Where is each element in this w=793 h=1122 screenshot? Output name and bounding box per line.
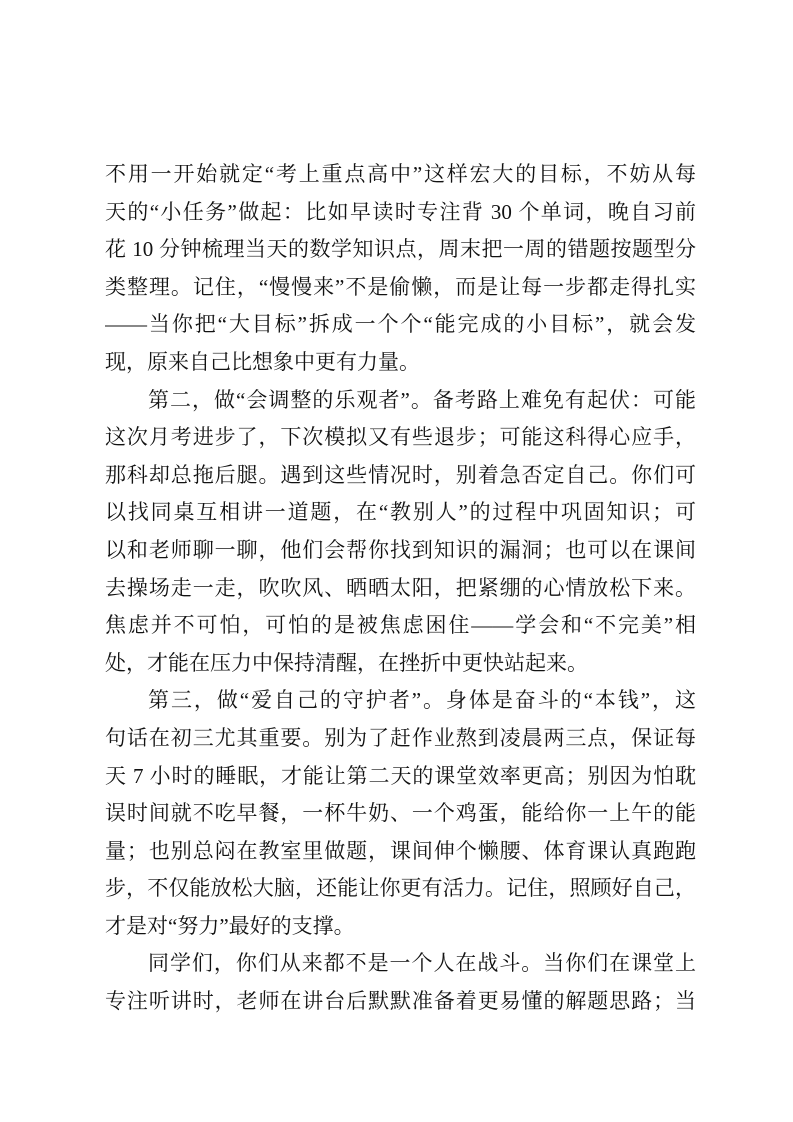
text-line: 第三，做“爱自己的守护者”。身体是奋斗的“本钱”，这	[105, 682, 696, 720]
text-line: 花 10 分钟梳理当天的数学知识点，周末把一周的错题按题型分	[105, 231, 696, 269]
text-line: 以和老师聊一聊，他们会帮你找到知识的漏洞；也可以在课间	[105, 532, 696, 570]
text-line: 那科却总拖后腿。遇到这些情况时，别着急否定自己。你们可	[105, 457, 696, 495]
document-page: 不用一开始就定“考上重点高中”这样宏大的目标，不妨从每 天的“小任务”做起：比如…	[0, 0, 793, 1122]
text-line: 类整理。记住，“慢慢来”不是偷懒，而是让每一步都走得扎实	[105, 269, 696, 307]
text-line: 才是对“努力”最好的支撑。	[105, 908, 696, 946]
text-line: 步，不仅能放松大脑，还能让你更有活力。记住，照顾好自己，	[105, 870, 696, 908]
text-line: 去操场走一走，吹吹风、晒晒太阳，把紧绷的心情放松下来。	[105, 570, 696, 608]
text-line: 句话在初三尤其重要。别为了赶作业熬到凌晨两三点，保证每	[105, 720, 696, 758]
text-line: 误时间就不吃早餐，一杯牛奶、一个鸡蛋，能给你一上午的能	[105, 795, 696, 833]
text-line: 天的“小任务”做起：比如早读时专注背 30 个单词，晚自习前	[105, 194, 696, 232]
text-line: 同学们，你们从来都不是一个人在战斗。当你们在课堂上	[105, 945, 696, 983]
text-line: 量；也别总闷在教室里做题，课间伸个懒腰、体育课认真跑跑	[105, 833, 696, 871]
paragraph-2: 第二，做“会调整的乐观者”。备考路上难免有起伏：可能 这次月考进步了，下次模拟又…	[105, 382, 696, 683]
text-line: 第二，做“会调整的乐观者”。备考路上难免有起伏：可能	[105, 382, 696, 420]
paragraph-4: 同学们，你们从来都不是一个人在战斗。当你们在课堂上 专注听讲时，老师在讲台后默默…	[105, 945, 696, 1020]
text-line: 天 7 小时的睡眠，才能让第二天的课堂效率更高；别因为怕耽	[105, 758, 696, 796]
text-line: 焦虑并不可怕，可怕的是被焦虑困住——学会和“不完美”相	[105, 607, 696, 645]
text-line: 专注听讲时，老师在讲台后默默准备着更易懂的解题思路；当	[105, 983, 696, 1021]
paragraph-1: 不用一开始就定“考上重点高中”这样宏大的目标，不妨从每 天的“小任务”做起：比如…	[105, 156, 696, 382]
text-line: 处，才能在压力中保持清醒，在挫折中更快站起来。	[105, 645, 696, 683]
text-line: ——当你把“大目标”拆成一个个“能完成的小目标”，就会发	[105, 306, 696, 344]
paragraph-3: 第三，做“爱自己的守护者”。身体是奋斗的“本钱”，这 句话在初三尤其重要。别为了…	[105, 682, 696, 945]
text-line: 以找同桌互相讲一道题，在“教别人”的过程中巩固知识；可	[105, 494, 696, 532]
text-line: 这次月考进步了，下次模拟又有些退步；可能这科得心应手，	[105, 419, 696, 457]
text-line: 不用一开始就定“考上重点高中”这样宏大的目标，不妨从每	[105, 156, 696, 194]
document-body-text: 不用一开始就定“考上重点高中”这样宏大的目标，不妨从每 天的“小任务”做起：比如…	[105, 156, 696, 1021]
text-line: 现，原来自己比想象中更有力量。	[105, 344, 696, 382]
